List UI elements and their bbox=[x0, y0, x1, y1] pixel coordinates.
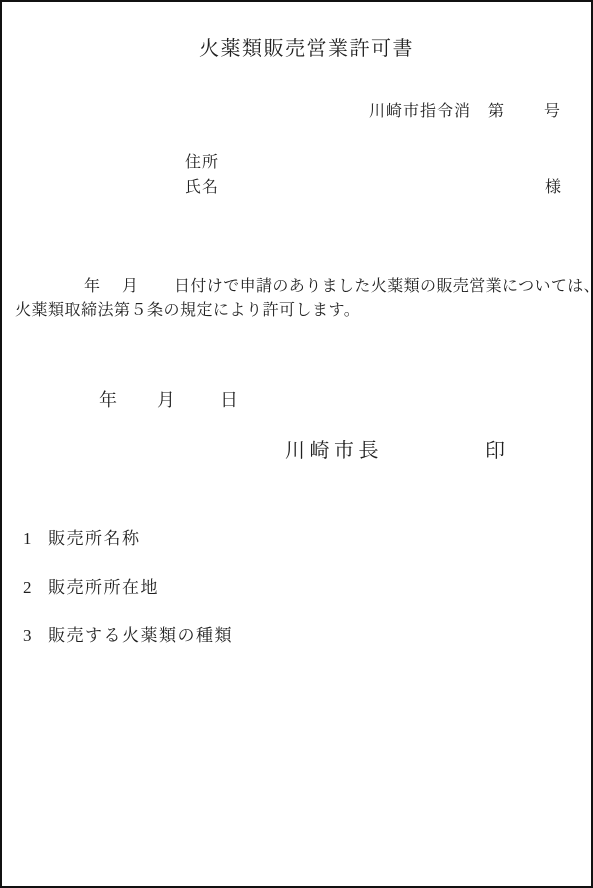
body-line1-text: 日付けで申請のありました火薬類の販売営業については、 bbox=[174, 279, 593, 295]
date-month-label: 月 bbox=[157, 391, 175, 409]
body-year-label: 年 bbox=[84, 279, 100, 295]
body-month-label: 月 bbox=[122, 279, 138, 295]
document-page: 火薬類販売営業許可書 川崎市指令消 第 号 住所 氏名 様 年 月 日付けで申請… bbox=[0, 0, 593, 888]
date-day-label: 日 bbox=[220, 391, 238, 409]
body-paragraph-line2: 火薬類取締法第５条の規定により許可します。 bbox=[15, 303, 360, 319]
date-year-label: 年 bbox=[99, 391, 117, 409]
list-item-number: 2 bbox=[23, 579, 33, 596]
address-label: 住所 bbox=[185, 155, 219, 171]
list-item-label: 販売所所在地 bbox=[48, 579, 159, 596]
list-item-label: 販売する火薬類の種類 bbox=[48, 627, 233, 644]
reference-issuer: 川崎市指令消 bbox=[369, 104, 471, 120]
list-item-number: 1 bbox=[23, 530, 33, 547]
reference-number-prefix: 第 bbox=[488, 104, 504, 120]
honorific-sama: 様 bbox=[545, 180, 561, 196]
list-item-number: 3 bbox=[23, 627, 33, 644]
seal-mark: 印 bbox=[485, 441, 505, 461]
list-item-label: 販売所名称 bbox=[48, 530, 141, 547]
reference-number-suffix: 号 bbox=[544, 104, 560, 120]
page-title: 火薬類販売営業許可書 bbox=[199, 39, 414, 59]
name-label: 氏名 bbox=[185, 180, 219, 196]
signer-title: 川崎市長 bbox=[285, 441, 383, 461]
